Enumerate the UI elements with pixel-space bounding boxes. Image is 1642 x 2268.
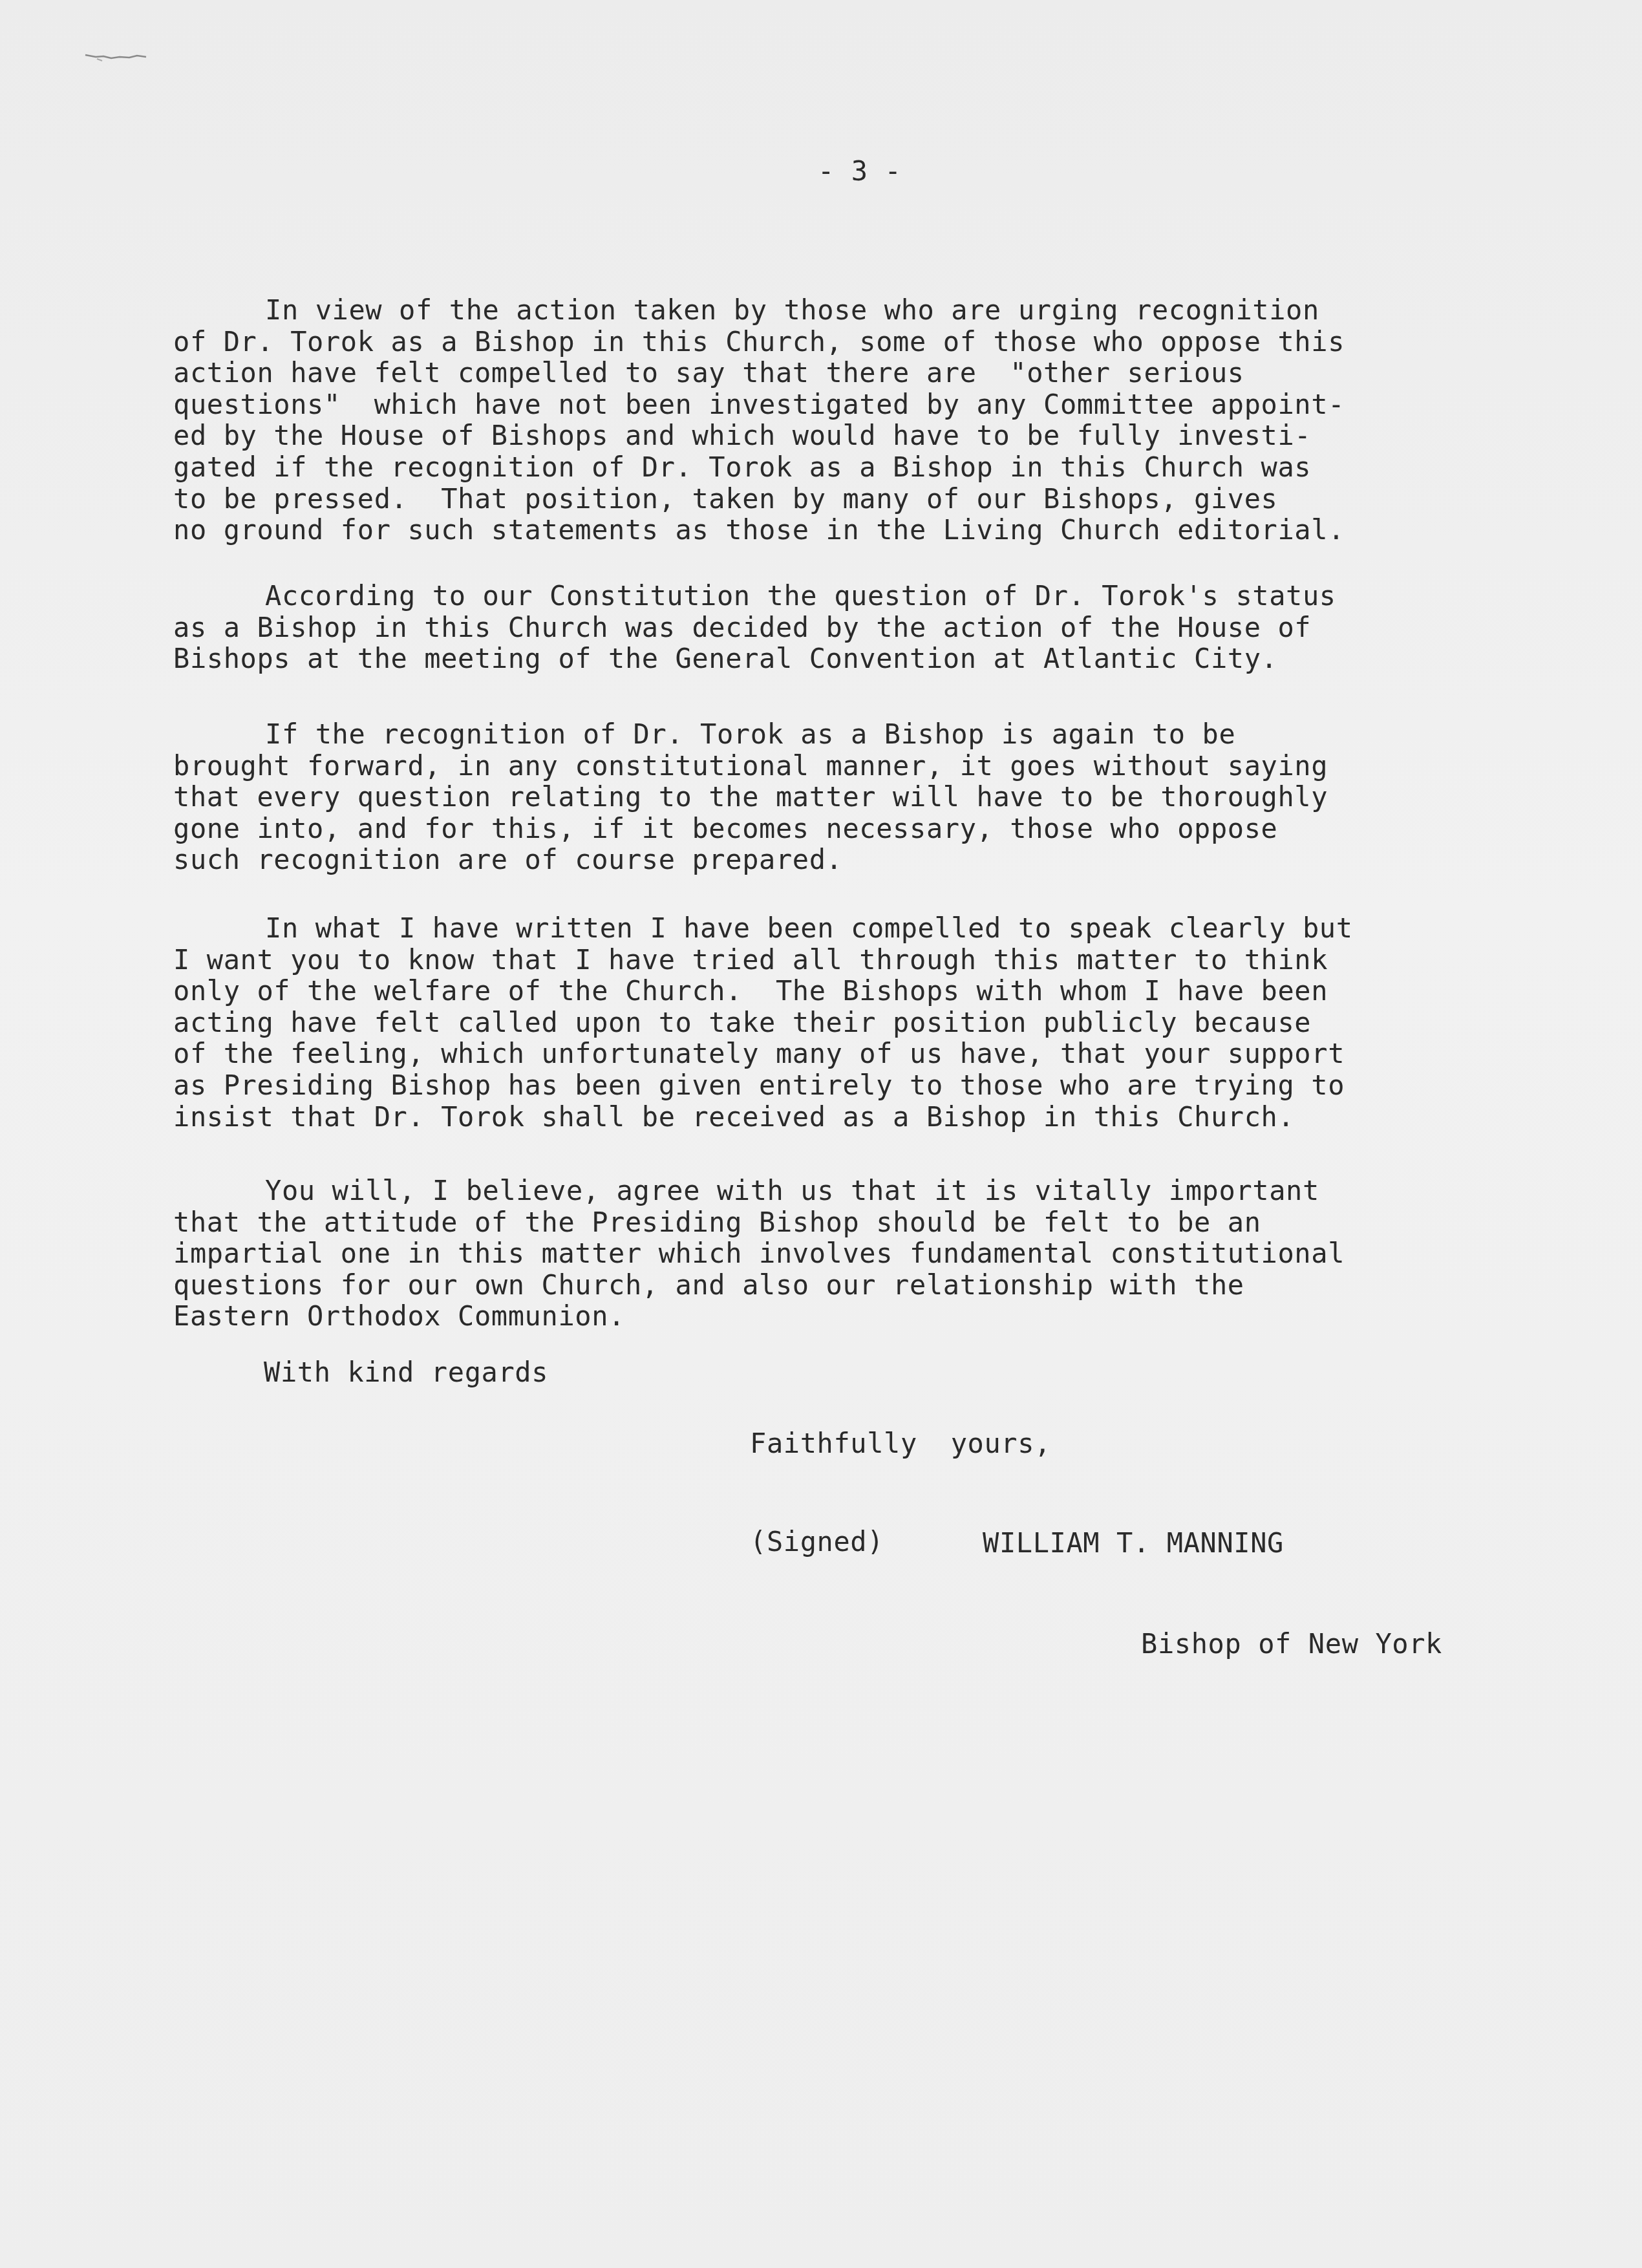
text-line: that the attitude of the Presiding Bisho… (173, 1207, 1557, 1239)
paragraph-2: According to our Constitution the questi… (173, 581, 1557, 675)
text-line: Eastern Orthodox Communion. (173, 1301, 1557, 1332)
text-line: no ground for such statements as those i… (173, 515, 1557, 546)
text-line: You will, I believe, agree with us that … (173, 1175, 1557, 1207)
text-line: questions" which have not been investiga… (173, 389, 1557, 421)
text-line: Bishops at the meeting of the General Co… (173, 643, 1557, 675)
text-line: acting have felt called upon to take the… (173, 1007, 1557, 1039)
text-line: In what I have written I have been compe… (173, 913, 1557, 945)
text-line: as Presiding Bishop has been given entir… (173, 1070, 1557, 1102)
staple-mark-icon (84, 53, 149, 62)
page-number: - 3 - (818, 155, 901, 187)
text-line: that every question relating to the matt… (173, 782, 1557, 813)
text-line: as a Bishop in this Church was decided b… (173, 612, 1557, 644)
text-line: to be pressed. That position, taken by m… (173, 484, 1557, 515)
text-line: of Dr. Torok as a Bishop in this Church,… (173, 326, 1557, 358)
closing-line: With kind regards (264, 1356, 548, 1388)
letter-page: - 3 - In view of the action taken by tho… (0, 0, 1642, 2268)
text-line: only of the welfare of the Church. The B… (173, 976, 1557, 1007)
text-line: According to our Constitution the questi… (173, 581, 1557, 612)
valediction: Faithfully yours, (750, 1428, 1051, 1459)
text-line: action have felt compelled to say that t… (173, 358, 1557, 389)
text-line: gated if the recognition of Dr. Torok as… (173, 452, 1557, 484)
text-line: impartial one in this matter which invol… (173, 1238, 1557, 1270)
text-line: insist that Dr. Torok shall be received … (173, 1102, 1557, 1133)
text-line: such recognition are of course prepared. (173, 844, 1557, 876)
text-line: gone into, and for this, if it becomes n… (173, 813, 1557, 845)
paragraph-5: You will, I believe, agree with us that … (173, 1175, 1557, 1332)
text-line: If the recognition of Dr. Torok as a Bis… (173, 719, 1557, 751)
text-line: I want you to know that I have tried all… (173, 945, 1557, 976)
text-line: brought forward, in any constitutional m… (173, 751, 1557, 782)
text-line: In view of the action taken by those who… (173, 295, 1557, 326)
signer-name: WILLIAM T. MANNING (983, 1527, 1284, 1559)
signed-label: (Signed) (750, 1526, 884, 1557)
paragraph-4: In what I have written I have been compe… (173, 913, 1557, 1133)
text-line: of the feeling, which unfortunately many… (173, 1038, 1557, 1070)
paragraph-3: If the recognition of Dr. Torok as a Bis… (173, 719, 1557, 876)
signer-title: Bishop of New York (1141, 1628, 1442, 1660)
paragraph-1: In view of the action taken by those who… (173, 295, 1557, 546)
text-line: ed by the House of Bishops and which wou… (173, 420, 1557, 452)
text-line: questions for our own Church, and also o… (173, 1270, 1557, 1301)
